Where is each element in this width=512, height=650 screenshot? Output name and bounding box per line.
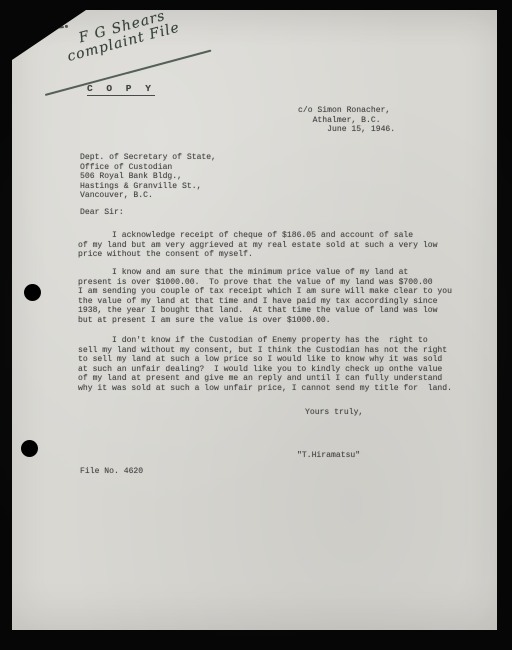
hole-punch-top	[24, 284, 41, 301]
signature: "T.Hiramatsu"	[297, 451, 360, 461]
letter-paragraph-1: I acknowledge receipt of cheque of $186.…	[78, 231, 437, 260]
recipient-address-block: Dept. of Secretary of State, Office of C…	[80, 153, 216, 201]
letter-paragraph-3: I don't know if the Custodian of Enemy p…	[78, 336, 452, 393]
letter-paragraph-2: I know and am sure that the minimum pric…	[78, 268, 452, 325]
document-page: F G Shears complaint File C O P Y c/o Si…	[12, 10, 497, 630]
closing-line: Yours truly,	[305, 408, 363, 418]
file-number: File No. 4620	[80, 467, 143, 477]
salutation: Dear Sir:	[80, 208, 124, 218]
hole-punch-bottom	[21, 440, 38, 457]
sender-address-block: c/o Simon Ronacher, Athalmer, B.C. June …	[298, 106, 395, 135]
copy-heading: C O P Y	[87, 84, 155, 96]
